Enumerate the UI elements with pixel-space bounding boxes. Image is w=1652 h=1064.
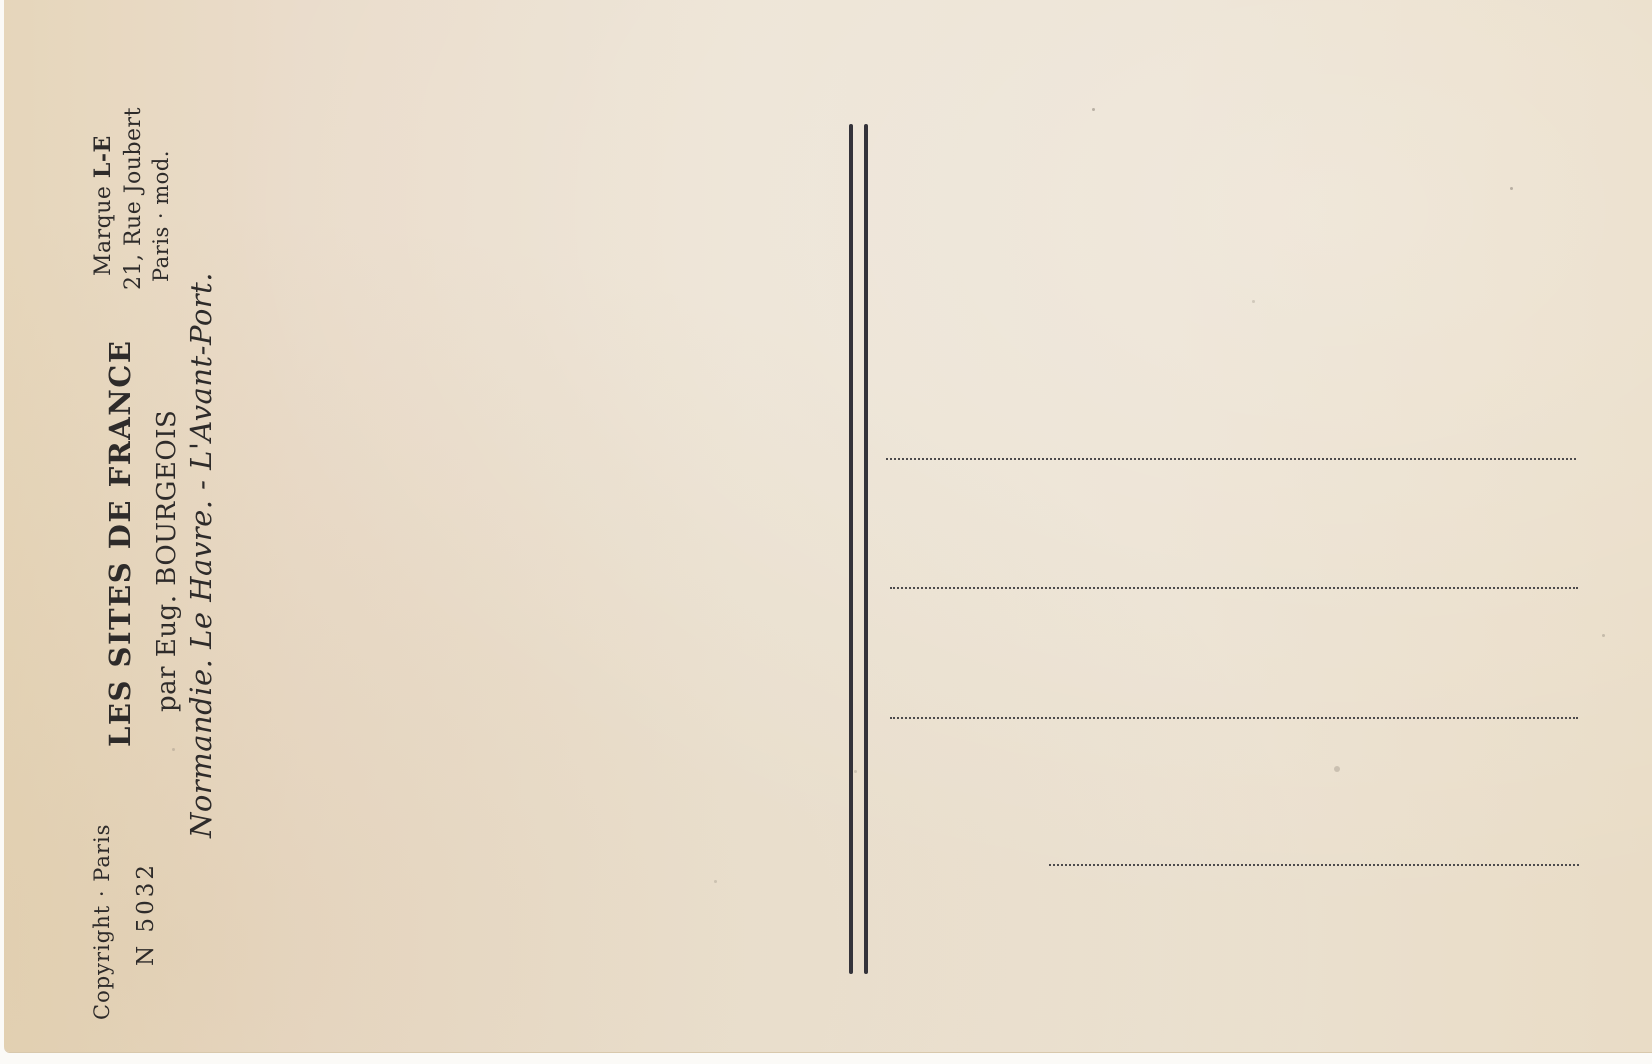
publisher-brand: L-E <box>90 135 116 178</box>
card-number: N 5032 <box>135 862 158 966</box>
publisher-address: 21, Rue Joubert <box>123 107 145 290</box>
paper-speck <box>1252 300 1255 303</box>
paper-speck <box>1510 187 1513 190</box>
address-line-1 <box>886 458 1576 460</box>
paper-speck <box>1602 634 1605 637</box>
paper-speck <box>1092 108 1095 111</box>
copyright-text: Copyright · Paris <box>92 824 113 1020</box>
photo-caption: Normandie. Le Havre. - L'Avant-Port. <box>187 272 216 838</box>
series-title: LES SITES DE FRANCE <box>106 340 135 748</box>
paper-speck <box>714 880 717 883</box>
publisher-marque: Marque L-E <box>92 135 115 276</box>
address-line-4 <box>1049 864 1579 866</box>
divider-line-left <box>849 124 853 974</box>
address-line-2 <box>890 587 1578 589</box>
paper-speck <box>854 770 857 773</box>
paper-speck <box>172 748 175 751</box>
publisher-city: Paris · mod. <box>151 150 172 282</box>
postcard-back: Copyright · Paris N 5032 LES SITES DE FR… <box>4 0 1652 1052</box>
address-line-3 <box>890 717 1578 719</box>
divider-line-right <box>864 124 868 974</box>
publisher-marque-label: Marque <box>91 178 116 276</box>
author-text: par Eug. BOURGEOIS <box>154 410 180 712</box>
paper-speck <box>1334 766 1340 772</box>
